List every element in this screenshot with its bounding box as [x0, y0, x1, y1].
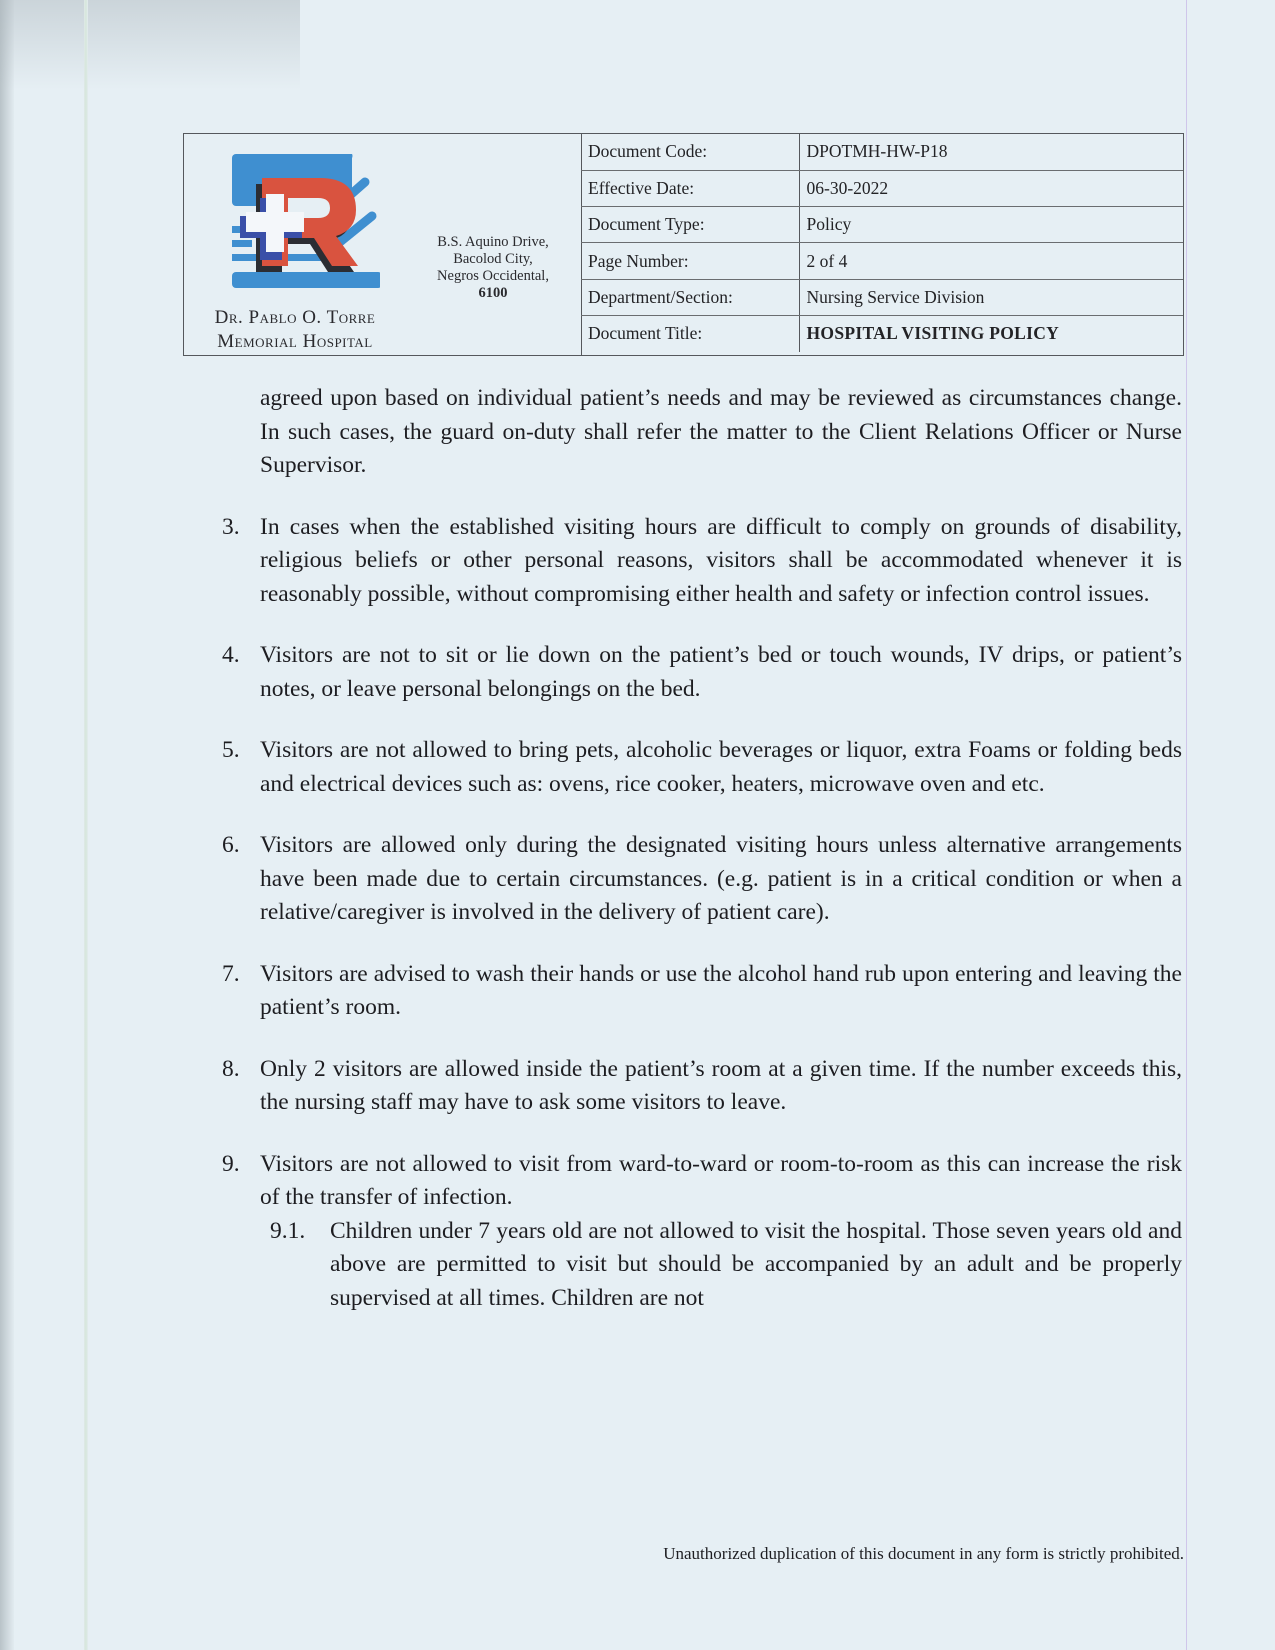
page-edge-right — [1186, 0, 1187, 1650]
policy-item-5: 5. Visitors are not allowed to bring pet… — [222, 734, 1182, 801]
meta-value: 06-30-2022 — [799, 170, 1183, 206]
document-title: HOSPITAL VISITING POLICY — [799, 315, 1183, 351]
meta-row-effective-date: Effective Date: 06-30-2022 — [581, 170, 1183, 206]
meta-row-document-title: Document Title: HOSPITAL VISITING POLICY — [581, 315, 1183, 351]
address-line: Negros Occidental, — [408, 268, 578, 285]
hospital-name-line2: Memorial Hospital — [186, 330, 404, 354]
scan-shadow-left — [0, 0, 14, 1650]
item-text: Visitors are not to sit or lie down on t… — [260, 639, 1182, 706]
item-text: Only 2 visitors are allowed inside the p… — [260, 1053, 1182, 1120]
meta-value: DPOTMH-HW-P18 — [799, 134, 1183, 170]
document-header: Dr. Pablo O. Torre Memorial Hospital B.S… — [183, 133, 1184, 356]
item-text: Visitors are allowed only during the des… — [260, 829, 1182, 930]
meta-row-page-number: Page Number: 2 of 4 — [581, 243, 1183, 279]
item-number: 5. — [222, 734, 260, 801]
item-text: Visitors are not allowed to visit from w… — [260, 1148, 1182, 1215]
policy-item-4: 4. Visitors are not to sit or lie down o… — [222, 639, 1182, 706]
meta-value: Nursing Service Division — [799, 279, 1183, 315]
policy-item-8: 8. Only 2 visitors are allowed inside th… — [222, 1053, 1182, 1120]
footer-notice: Unauthorized duplication of this documen… — [540, 1544, 1184, 1564]
meta-label: Effective Date: — [581, 170, 799, 206]
meta-value: Policy — [799, 207, 1183, 243]
item-number: 9. — [222, 1148, 260, 1215]
policy-item-6: 6. Visitors are allowed only during the … — [222, 829, 1182, 930]
policy-item-3: 3. In cases when the established visitin… — [222, 511, 1182, 612]
item-number: 6. — [222, 829, 260, 930]
address-line: Bacolod City, — [408, 251, 578, 268]
meta-label: Document Type: — [581, 207, 799, 243]
continuation-paragraph: agreed upon based on individual patient’… — [260, 382, 1182, 483]
subitem-number: 9.1. — [270, 1215, 330, 1316]
meta-label: Page Number: — [581, 243, 799, 279]
meta-row-department: Department/Section: Nursing Service Divi… — [581, 279, 1183, 315]
logo-cell: Dr. Pablo O. Torre Memorial Hospital B.S… — [184, 134, 582, 355]
policy-item-7: 7. Visitors are advised to wash their ha… — [222, 958, 1182, 1025]
scan-shadow-top — [0, 0, 300, 90]
meta-row-document-type: Document Type: Policy — [581, 207, 1183, 243]
item-number: 8. — [222, 1053, 260, 1120]
address-line: 6100 — [408, 285, 578, 302]
address-line: B.S. Aquino Drive, — [408, 234, 578, 251]
hospital-address: B.S. Aquino Drive, Bacolod City, Negros … — [408, 234, 578, 302]
policy-body: agreed upon based on individual patient’… — [222, 382, 1182, 1315]
meta-value: 2 of 4 — [799, 243, 1183, 279]
hospital-logo-icon — [220, 154, 380, 304]
item-text: In cases when the established visiting h… — [260, 511, 1182, 612]
hospital-name: Dr. Pablo O. Torre Memorial Hospital — [186, 306, 404, 354]
page-fold-line — [84, 0, 88, 1650]
meta-label: Document Code: — [581, 134, 799, 170]
meta-row-document-code: Document Code: DPOTMH-HW-P18 — [581, 134, 1183, 170]
meta-label: Document Title: — [581, 315, 799, 351]
hospital-name-line1: Dr. Pablo O. Torre — [186, 306, 404, 330]
document-meta-table: Document Code: DPOTMH-HW-P18 Effective D… — [581, 134, 1183, 352]
policy-subitem-9-1: 9.1. Children under 7 years old are not … — [270, 1215, 1182, 1316]
item-number: 4. — [222, 639, 260, 706]
item-number: 7. — [222, 958, 260, 1025]
item-number: 3. — [222, 511, 260, 612]
subitem-text: Children under 7 years old are not allow… — [330, 1215, 1182, 1316]
item-text: Visitors are advised to wash their hands… — [260, 958, 1182, 1025]
meta-label: Department/Section: — [581, 279, 799, 315]
policy-item-9: 9. Visitors are not allowed to visit fro… — [222, 1148, 1182, 1215]
item-text: Visitors are not allowed to bring pets, … — [260, 734, 1182, 801]
